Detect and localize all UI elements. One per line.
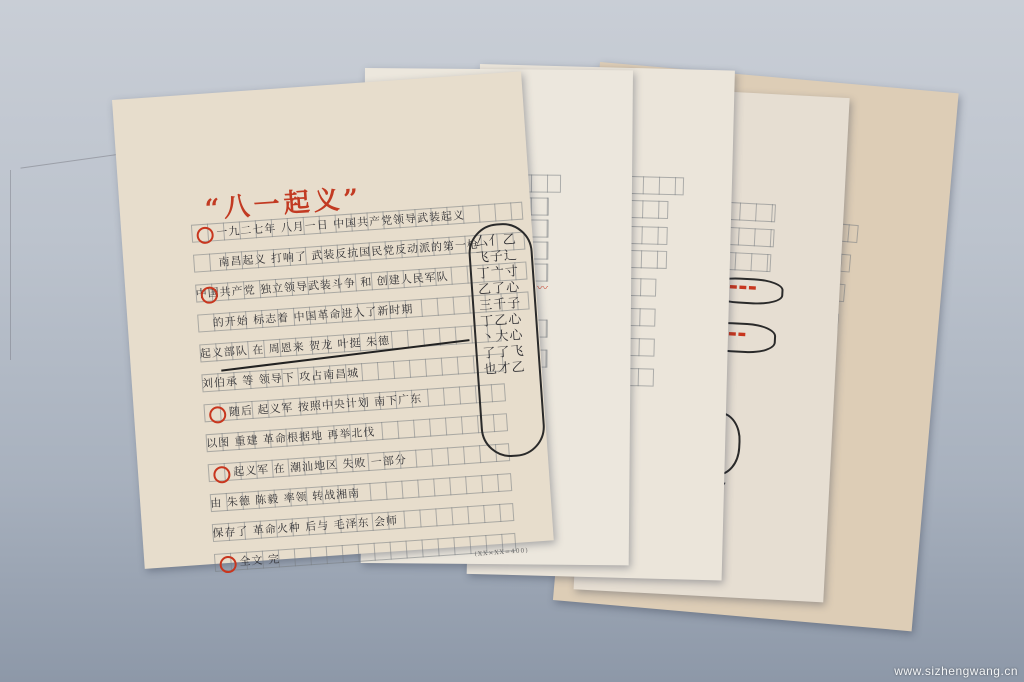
circled-marker-2: [200, 286, 218, 304]
site-watermark: www.sizhengwang.cn: [894, 664, 1018, 678]
surface-scratch: [10, 170, 13, 360]
circled-marker-3: [209, 406, 227, 424]
circled-marker-4: [213, 466, 231, 484]
surface-scratch: [20, 152, 129, 168]
circled-marker-1: [196, 226, 214, 244]
margin-note-text: 厶亻乙 飞子辶 丁亠寸 乙了心 三千子 丁乙心 丶大心 了了飞 也才乙: [474, 232, 532, 379]
manuscript-front-page: “八一起义” 一九二七年 八月一日 中国共产党领导武装起义 南昌起义 打响了 武…: [112, 71, 554, 568]
circled-marker-5: [219, 555, 237, 573]
